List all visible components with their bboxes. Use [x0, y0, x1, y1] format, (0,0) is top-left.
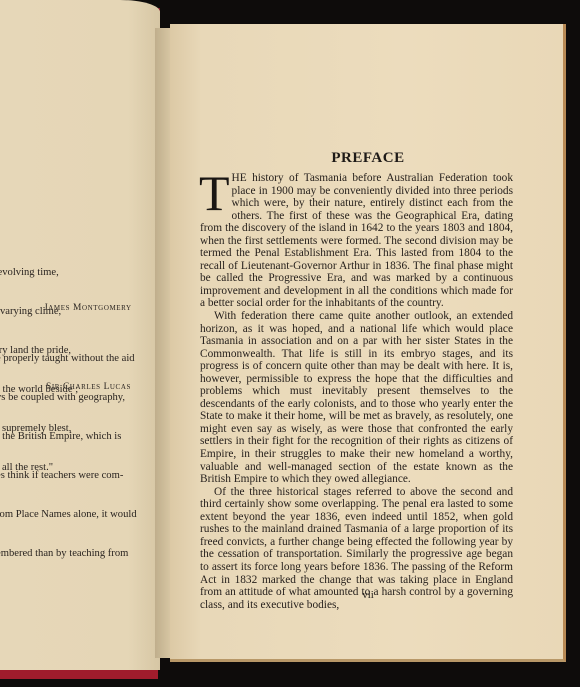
verse-line: revolving time,	[0, 266, 138, 279]
prose-line: es think if teachers were com-	[0, 469, 138, 482]
prose-line: rom Place Names alone, it would	[0, 508, 138, 521]
prose-attribution: Sir Charles Lucas	[46, 382, 131, 392]
prose-line: ys be coupled with geography,	[0, 391, 138, 404]
paragraph: THE history of Tasmania before Australia…	[200, 172, 513, 310]
prose-line: e properly taught without the aid	[0, 352, 138, 365]
page-number: vii	[170, 589, 566, 601]
prose-excerpt: e properly taught without the aid ys be …	[0, 326, 138, 586]
prose-line: f the British Empire, which is	[0, 430, 138, 443]
drop-cap: T	[199, 174, 230, 212]
paragraph: With federation there came quite another…	[200, 310, 513, 486]
right-page: PREFACE THE history of Tasmania before A…	[170, 24, 566, 662]
prose-line: embered than by teaching from	[0, 547, 138, 560]
verse-attribution: James Montgomery	[44, 303, 132, 313]
preface-body: THE history of Tasmania before Australia…	[200, 172, 513, 611]
left-page: revolving time, varying clime, ery land …	[0, 0, 160, 670]
